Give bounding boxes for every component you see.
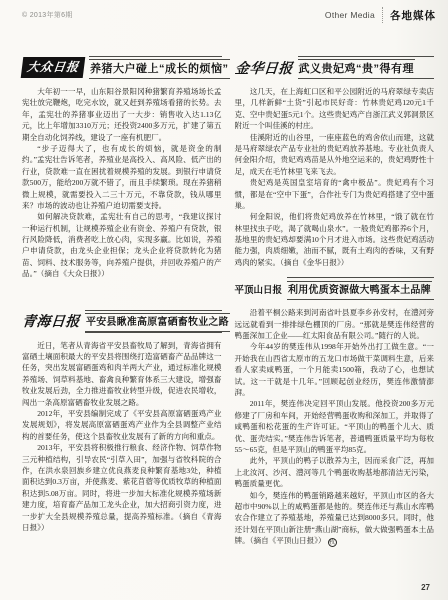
section-label-en: Other Media	[325, 10, 375, 20]
paragraph: 近日，笔者从青海省平安县畜牧局了解到，青海省拥有富硒土壤面积最大的平安县将围绕打…	[22, 340, 222, 408]
paragraph: 大年初一一早，山东阳谷景阳冈种猪繁育养殖场场长孟宪壮放完鞭炮，吃完水饺，就又赶到…	[22, 86, 222, 143]
article-header: 金华日报 武义贵妃鸡“贵”得有理	[235, 56, 435, 79]
article-header: 大众日报 养猪大户碰上“成长的烦恼”	[22, 56, 222, 79]
article-end-mark: 牧	[328, 538, 337, 547]
magazine-page: © 2013年第6期 Other Media 各地媒体 大众日报 养猪大户碰上“…	[0, 0, 448, 600]
paragraph: 沿着平桐公路来到河南省叶县夏李乡孙安村，在澧河旁远远就看到一排排绿色棚顶的厂房。…	[235, 307, 435, 341]
article-jinhua-daily: 金华日报 武义贵妃鸡“贵”得有理 这几天，在上海虹口区和平公园附近的马府翠绿专卖…	[235, 56, 435, 268]
headline-rule-box: 平安县瞅准高原富硒畜牧业之路	[85, 310, 222, 333]
newspaper-masthead-logo: 青海日报	[21, 311, 81, 331]
article-qinghai-daily: 青海日报 平安县瞅准高原富硒畜牧业之路 近日，笔者从青海省平安县畜牧局了解到，青…	[22, 310, 222, 534]
paragraph: 2013年，平安县将积极推行粮食、经济作物、饲草作物三元种植结构，引导农民“引草…	[22, 442, 222, 533]
article-headline: 养猪大户碰上“成长的烦恼”	[89, 59, 230, 79]
article-header: 青海日报 平安县瞅准高原富硒畜牧业之路	[22, 310, 222, 333]
headline-rule-box: 利用优质资源做大鸭蛋本土品牌	[287, 277, 434, 300]
newspaper-masthead-logo: 金华日报	[234, 58, 294, 78]
paragraph: 2012年，平安县编制完成了《平安县高原富硒蛋鸡产业发展规划》，将发展高原富硒蛋…	[22, 408, 222, 442]
paragraph: 贵妃鸡是英国皇室培育的“禽中极品”。贵妃鸡有个习惯，都是在“空中下蛋”，合作社专…	[235, 177, 435, 211]
section-label-cn: 各地媒体	[390, 8, 436, 23]
headline-rule-box: 武义贵妃鸡“贵”得有理	[298, 56, 435, 79]
paragraph: “步子迈得大了，也有成长的烦恼，就是资金的制约。”孟宪壮告诉笔者，养殖业是高投入…	[22, 143, 222, 211]
page-number: 27	[421, 583, 430, 592]
article-headline: 平安县瞅准高原富硒畜牧业之路	[85, 313, 230, 332]
article-pingdingshan-daily: 平顶山日报 利用优质资源做大鸭蛋本土品牌 沿着平桐公路来到河南省叶县夏李乡孙安村…	[235, 277, 435, 547]
paragraph: 佳溪附近的山谷里，一座座蓝色的鸡舍依山而建，这就是马府翠绿农产品专业社的贵妃鸡放…	[235, 132, 435, 178]
paragraph: 此外，平顶山的鸭子以散养为主，因而采食广泛，再加上北汝河、沙河、澧河等几个鸭蛋收…	[235, 455, 435, 489]
article-header: 平顶山日报 利用优质资源做大鸭蛋本土品牌	[235, 277, 435, 300]
paragraph: 今年44岁的樊连伟从1998年开始外出打工做生意。“一开始我在山西省太原市的五龙…	[235, 341, 435, 398]
paragraph: 如今，樊连伟的鸭蛋销路越来越好，平顶山市区的各大超市中90%以上的咸鸭蛋都是他的…	[235, 490, 435, 548]
header-dotted-divider	[382, 7, 383, 23]
article-headline: 武义贵妃鸡“贵”得有理	[298, 59, 416, 79]
article-headline: 利用优质资源做大鸭蛋本土品牌	[287, 281, 432, 300]
paragraph: 如何解决贷款难，孟宪壮有自己的思考，“我建议探讨一种运行机制，让规模养殖企业有资…	[22, 211, 222, 279]
section-header: Other Media 各地媒体	[325, 7, 436, 23]
article-body: 这几天，在上海虹口区和平公园附近的马府翠绿专卖店里，几样新鲜“土货”引起市民好奇…	[235, 86, 435, 268]
paragraph: 何金阳说，他们将贵妃鸡放养在竹林里，“饿了就在竹林里找虫子吃，渴了就喝山泉水”。…	[235, 211, 435, 268]
page-header: © 2013年第6期 Other Media 各地媒体	[22, 7, 436, 23]
two-column-layout: 大众日报 养猪大户碰上“成长的烦恼” 大年初一一早，山东阳谷景阳冈种猪繁育养殖场…	[22, 56, 434, 578]
paragraph: 2011年，樊连伟决定回平顶山发展。他投资200多万元修建了厂房和车间，开始经营…	[235, 398, 435, 455]
newspaper-masthead-logo: 大众日报	[21, 57, 86, 78]
article-body: 大年初一一早，山东阳谷景阳冈种猪繁育养殖场场长孟宪壮放完鞭炮，吃完水饺，就又赶到…	[22, 86, 222, 280]
issue-label: © 2013年第6期	[22, 10, 73, 20]
right-column: 金华日报 武义贵妃鸡“贵”得有理 这几天，在上海虹口区和平公园附近的马府翠绿专卖…	[235, 56, 435, 578]
article-dazhong-daily: 大众日报 养猪大户碰上“成长的烦恼” 大年初一一早，山东阳谷景阳冈种猪繁育养殖场…	[22, 56, 222, 280]
newspaper-masthead-logo: 平顶山日报	[235, 282, 283, 296]
paragraph: 这几天，在上海虹口区和平公园附近的马府翠绿专卖店里，几样新鲜“土货”引起市民好奇…	[235, 86, 435, 132]
article-body: 沿着平桐公路来到河南省叶县夏李乡孙安村，在澧河旁远远就看到一排排绿色棚顶的厂房。…	[235, 307, 435, 547]
paragraph-text: 如今，樊连伟的鸭蛋销路越来越好，平顶山市区的各大超市中90%以上的咸鸭蛋都是他的…	[235, 491, 435, 546]
headline-rule-box: 养猪大户碰上“成长的烦恼”	[89, 56, 221, 79]
left-column: 大众日报 养猪大户碰上“成长的烦恼” 大年初一一早，山东阳谷景阳冈种猪繁育养殖场…	[22, 56, 222, 578]
article-body: 近日，笔者从青海省平安县畜牧局了解到，青海省拥有富硒土壤面积最大的平安县将围绕打…	[22, 340, 222, 534]
